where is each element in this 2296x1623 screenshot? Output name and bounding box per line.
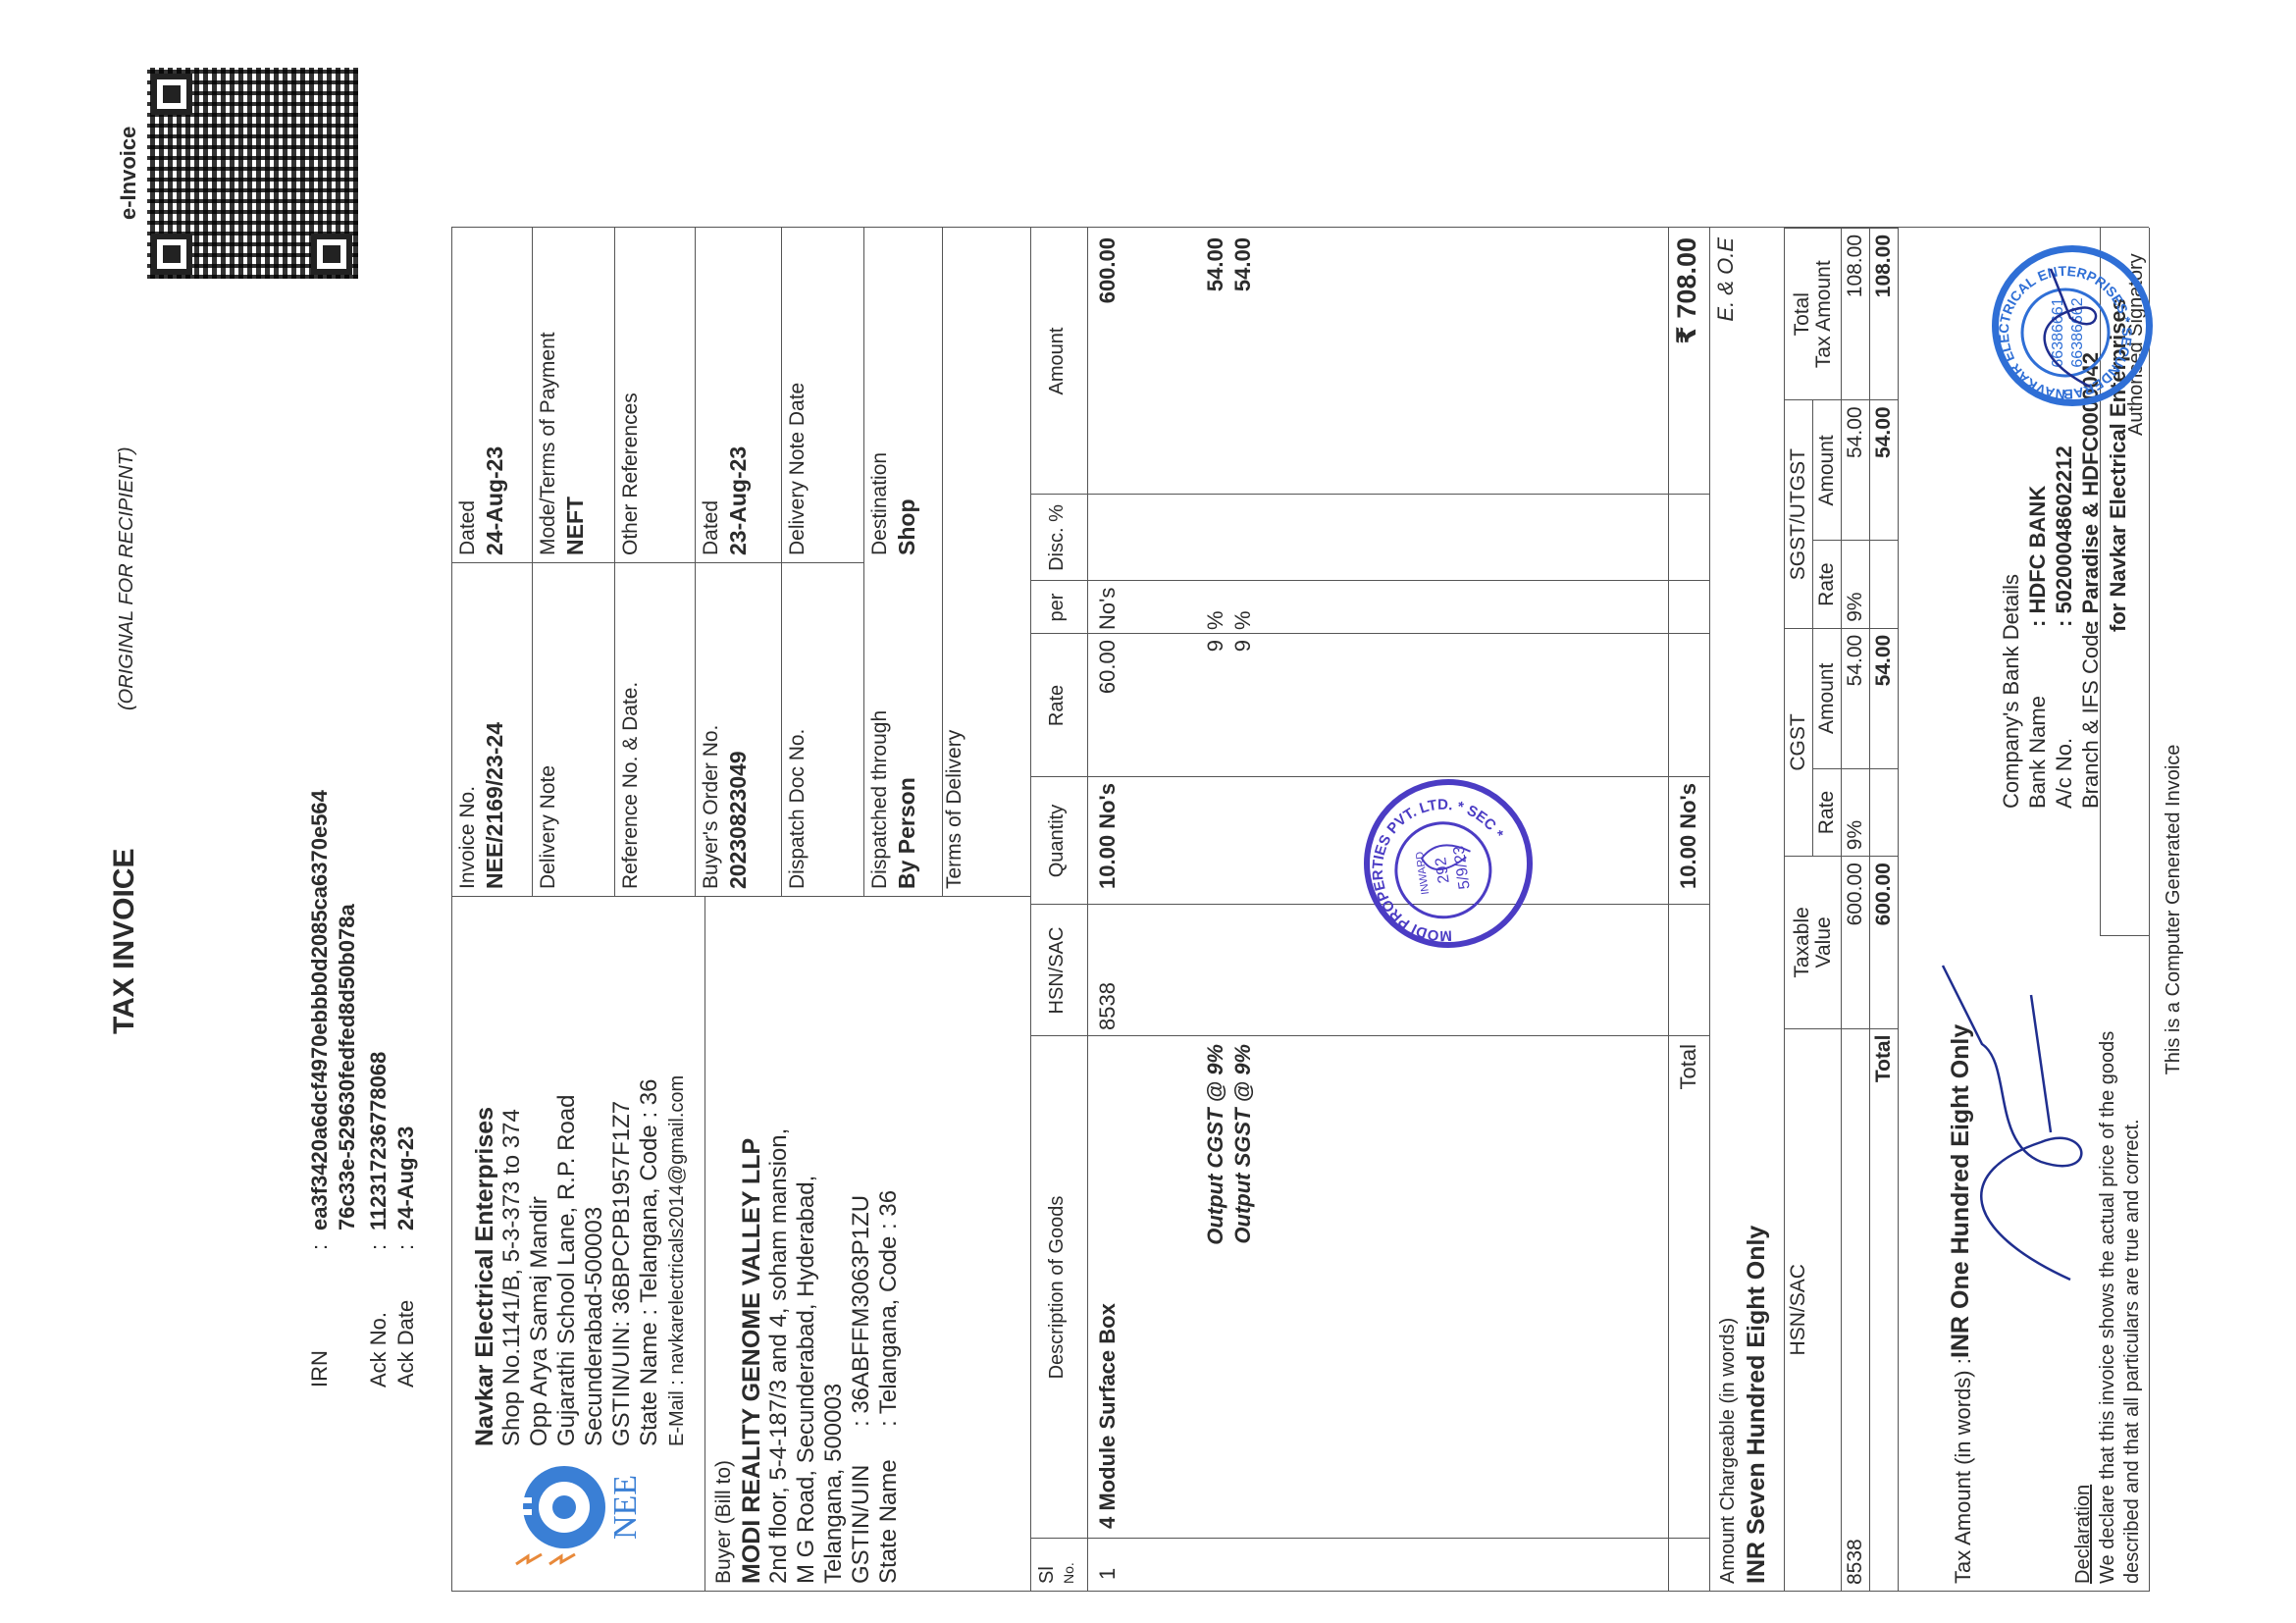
buyer-address-line: Telangana, 500003: [820, 897, 848, 1584]
invoice-date: 24-Aug-23: [481, 232, 508, 555]
col-hsn-header: HSN/SAC: [1046, 905, 1069, 1036]
table-row: 8538 600.00 9% 54.00 9% 54.00 108.00: [1842, 229, 1870, 1592]
col-quantity-header: Quantity: [1046, 777, 1069, 905]
invoice-date-cell: Dated 24-Aug-23: [455, 232, 508, 555]
seller-gstin: GSTIN/UIN: 36BPCPB1957F1Z7: [608, 907, 636, 1446]
item-amount: 600.00: [1095, 237, 1121, 495]
tax-summary-total-row: Total 600.00 54.00 54.00 108.00: [1870, 229, 1899, 1592]
declaration-heading: Declaration: [2072, 1485, 2095, 1584]
eoe-note: E. & O.E: [1713, 237, 1739, 495]
ack-date-label: Ack Date: [392, 1260, 420, 1387]
item-hsn: 8538: [1095, 982, 1121, 1030]
tax-line-sgst: Output SGST @ 9% 9 % 54.00: [1230, 0, 1258, 1623]
item-description: 4 Module Surface Box: [1095, 1303, 1121, 1529]
invoice-no-cell: Invoice No. NEE/2169/23-24: [455, 565, 508, 889]
buyer-gstin-label: GSTIN/UIN: [848, 1465, 874, 1584]
buyers-order-cell: Buyer's Order No. 20230823049: [699, 565, 752, 889]
delivery-note-date-cell: Delivery Note Date: [785, 232, 810, 555]
item-rate: 60.00: [1095, 640, 1121, 777]
buyer-name: MODI REALITY GENOME VALLEY LLP: [738, 897, 765, 1584]
col-description-header: Description of Goods: [1046, 1036, 1069, 1539]
einvoice-qr-code: [147, 68, 358, 279]
item-sl: 1: [1095, 1568, 1121, 1580]
seller-address-line: Shop No.1141/B, 5-3-373 to 374: [498, 907, 526, 1446]
seller-address-line: Secunderabad-500003: [581, 907, 608, 1446]
table-row: 1 4 Module Surface Box 8538 10.00 No's 6…: [1095, 0, 1128, 1623]
buyer-address-line: M G Road, Secunderabad, Hyderabad,: [793, 897, 820, 1584]
buyer-heading: Buyer (Bill to): [710, 897, 738, 1584]
total-label: Total: [1676, 1044, 1701, 1539]
payment-terms-cell: Mode/Terms of Payment NEFT: [536, 232, 589, 555]
tax-line-cgst: Output CGST @ 9% 9 % 54.00: [1203, 0, 1230, 1623]
irn-block: IRN : ea3f3420a6dcf4970ebbb0d2085ca6370e…: [306, 759, 424, 1387]
buyer-state-label: State Name: [875, 1459, 902, 1584]
invoice-page: TAX INVOICE (ORIGINAL FOR RECIPIENT) e-I…: [0, 0, 2296, 1623]
order-date-cell: Dated 23-Aug-23: [699, 232, 752, 555]
tax-words-label: Tax Amount (in words) :: [1951, 1358, 1976, 1584]
delivery-note-cell: Delivery Note: [536, 565, 561, 889]
buyer-state-value: : Telangana, Code : 36: [875, 1190, 903, 1427]
svg-text:NEE: NEE: [607, 1475, 644, 1540]
seller-logo: NEE: [510, 1450, 648, 1578]
buyer-gstin-value: : 36ABFFM3063P1ZU: [848, 1195, 875, 1427]
seller-address-line: Opp Arya Samaj Mandir: [526, 907, 553, 1446]
tax-summary-table: HSN/SAC TaxableValue CGST SGST/UTGST Tot…: [1784, 228, 1899, 1592]
seller-email: E-Mail : navkarelectricals2014@gmail.com: [663, 907, 691, 1446]
ack-no-value: 112317236778068: [365, 779, 392, 1230]
dispatched-through: By Person: [893, 565, 920, 889]
col-amount-header: Amount: [1046, 228, 1069, 495]
dispatched-through-cell: Dispatched through By Person: [867, 565, 920, 889]
payment-mode: NEFT: [561, 232, 589, 555]
seller-address-line: Gujarathi School Lane, R.P. Road: [553, 907, 581, 1446]
reference-cell: Reference No. & Date.: [618, 565, 644, 889]
copy-label: (ORIGINAL FOR RECIPIENT): [116, 446, 138, 710]
item-quantity: 10.00 No's: [1095, 783, 1121, 905]
col-rate-header: Rate: [1046, 634, 1069, 777]
signatory-signature: [2021, 259, 2119, 396]
buyer-receipt-stamp: MODI PROPERTIES PVT. LTD. * SEC * INWARD…: [1353, 768, 1543, 959]
document-title: TAX INVOICE: [108, 849, 141, 1034]
seller-block: Navkar Electrical Enterprises Shop No.11…: [471, 907, 691, 1446]
destination: Shop: [893, 232, 920, 555]
col-per-header: per: [1046, 581, 1069, 634]
buyer-address-line: 2nd floor, 5-4-187/3 and 4, soham mansio…: [765, 897, 793, 1584]
amount-words-label: Amount Chargeable (in words): [1717, 1318, 1740, 1584]
destination-cell: Destination Shop: [867, 232, 920, 555]
bank-name: : HDFC BANK: [2024, 486, 2051, 627]
grand-total: ₹ 708.00: [1672, 237, 1702, 495]
einvoice-label: e-Invoice: [116, 127, 141, 220]
seller-signature: [1923, 936, 2119, 1289]
seller-state: State Name : Telangana, Code : 36: [636, 907, 663, 1446]
bank-account-number: : 50200048602212: [2051, 445, 2077, 627]
item-per: No's: [1095, 588, 1121, 630]
col-disc-header: Disc. %: [1046, 495, 1069, 581]
terms-of-delivery-cell: Terms of Delivery: [942, 300, 967, 889]
total-quantity: 10.00 No's: [1676, 783, 1701, 905]
ack-date-value: 24-Aug-23: [392, 779, 420, 1230]
invoice-number: NEE/2169/23-24: [481, 565, 508, 889]
col-sl-header: Sl No.: [1036, 1562, 1079, 1584]
buyer-block: Buyer (Bill to) MODI REALITY GENOME VALL…: [710, 897, 903, 1584]
buyers-order-number: 20230823049: [724, 565, 752, 889]
irn-label: IRN: [306, 1260, 334, 1387]
irn-value: ea3f3420a6dcf4970ebbb0d2085ca6370e56476c…: [306, 779, 361, 1230]
dispatch-doc-cell: Dispatch Doc No.: [785, 565, 810, 889]
amount-words-value: INR Seven Hundred Eight Only: [1743, 1226, 1771, 1584]
footer-note: This is a Computer Generated Invoice: [2163, 196, 2185, 1623]
order-date: 23-Aug-23: [724, 232, 752, 555]
other-references-cell: Other References: [618, 232, 644, 555]
seller-name: Navkar Electrical Enterprises: [471, 907, 498, 1446]
ack-no-label: Ack No.: [365, 1260, 392, 1387]
